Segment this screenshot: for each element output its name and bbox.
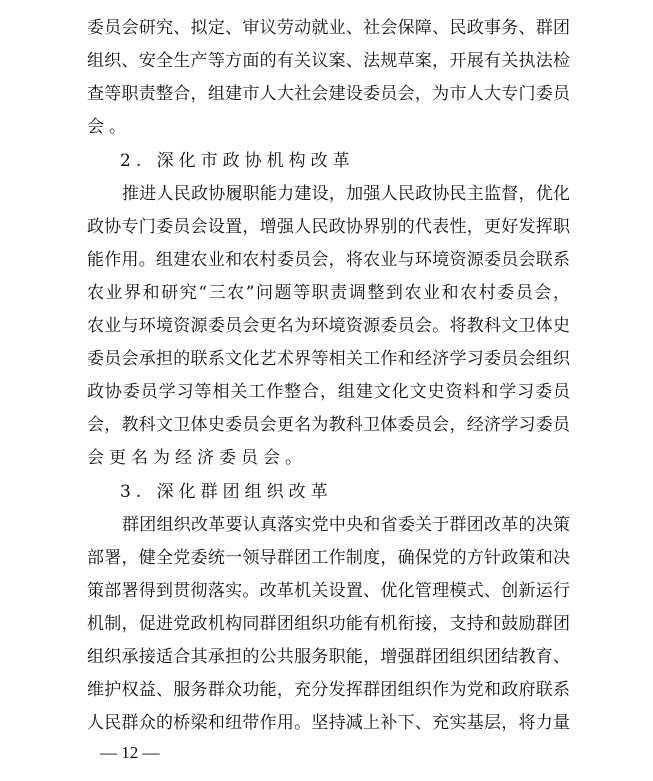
body-text-line: 会，教科文卫体史委员会更名为教科卫体委员会，经济学习委员 — [87, 409, 570, 442]
body-text-line: 部署，健全党委统一领导群团工作制度，确保党的方针政策和决 — [87, 542, 570, 575]
body-text-line: 策部署得到贯彻落实。改革机关设置、优化管理模式、创新运行 — [87, 575, 570, 608]
body-text-line: 政协专门委员会设置，增强人民政协界别的代表性，更好发挥职 — [87, 211, 570, 244]
body-text-line: 查等职责整合，组建市人大社会建设委员会，为市人大专门委员 — [87, 78, 570, 111]
document-page: 委员会研究、拟定、审议劳动就业、社会保障、民政事务、群团 组织、安全生产等方面的… — [0, 0, 653, 781]
section-heading-3: 3. 深化群团组织改革 — [120, 476, 333, 509]
body-text-line: 委员会承担的联系文化艺术界等相关工作和经济学习委员会组织 — [87, 343, 570, 376]
body-text-line: 人民群众的桥梁和纽带作用。坚持减上补下、充实基层，将力量 — [87, 707, 570, 740]
body-text-line: 机制，促进党政机构同群团组织功能有机衔接，支持和鼓励群团 — [87, 608, 570, 641]
body-text-line: 委员会研究、拟定、审议劳动就业、社会保障、民政事务、群团 — [87, 12, 570, 45]
section-heading-2: 2. 深化市政协机构改革 — [120, 145, 355, 178]
paragraph-first-line: 群团组织改革要认真落实党中央和省委关于群团改革的决策 — [122, 509, 570, 542]
body-text-line: 政协委员学习等相关工作整合，组建文化文史资料和学习委员 — [87, 376, 570, 409]
body-text-line: 组织、安全生产等方面的有关议案、法规草案，开展有关执法检 — [87, 45, 570, 78]
body-text-line: 维护权益、服务群众功能，充分发挥群团组织作为党和政府联系 — [87, 674, 570, 707]
body-text-line: 会。 — [87, 111, 570, 144]
body-text-line: 组织承接适合其承担的公共服务职能，增强群团组织团结教育、 — [87, 641, 570, 674]
body-text-line: 农业界和研究“三农”问题等职责调整到农业和农村委员会， — [87, 277, 570, 310]
page-number: — 12 — — [100, 741, 160, 765]
body-text-line: 能作用。组建农业和农村委员会，将农业与环境资源委员会联系 — [87, 244, 570, 277]
body-text-line: 农业与环境资源委员会更名为环境资源委员会。将教科文卫体史 — [87, 310, 570, 343]
paragraph-first-line: 推进人民政协履职能力建设，加强人民政协民主监督，优化 — [122, 178, 570, 211]
body-text-line: 会更名为经济委员会。 — [87, 442, 570, 475]
